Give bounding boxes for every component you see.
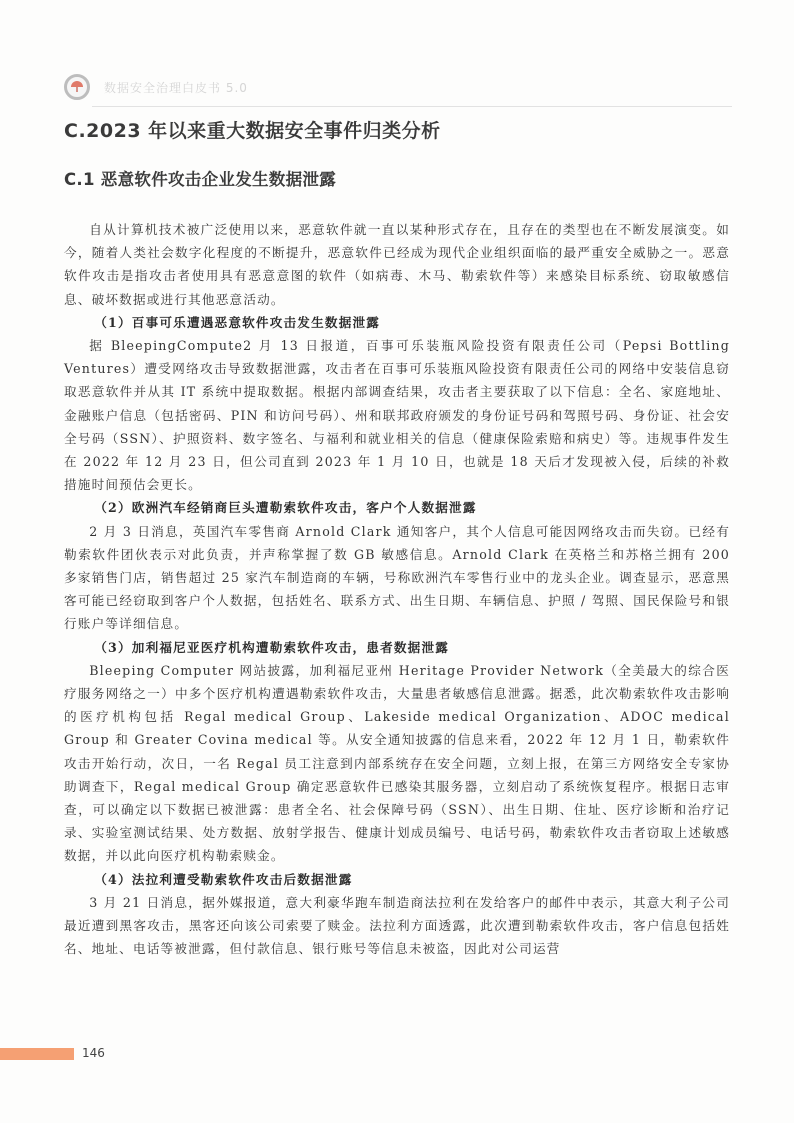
subsection-title: C.1 恶意软件攻击企业发生数据泄露 xyxy=(64,166,336,190)
case-title-arnold-clark: （2）欧洲汽车经销商巨头遭勒索软件攻击，客户个人数据泄露 xyxy=(64,496,730,519)
umbrella-shield-icon xyxy=(64,74,90,100)
body-text: 自从计算机技术被广泛使用以来，恶意软件就一直以某种形式存在，且存在的类型也在不断… xyxy=(64,218,730,961)
footer-accent-bar xyxy=(0,1048,74,1060)
case-paragraph-arnold-clark: 2 月 3 日消息，英国汽车零售商 Arnold Clark 通知客户，其个人信… xyxy=(64,520,730,636)
case-paragraph-ferrari: 3 月 21 日消息，据外媒报道，意大利豪华跑车制造商法拉利在发给客户的邮件中表… xyxy=(64,891,730,961)
header-divider xyxy=(92,106,732,107)
case-title-california-medical: （3）加利福尼亚医疗机构遭勒索软件攻击，患者数据泄露 xyxy=(64,636,730,659)
case-paragraph-pepsi: 据 BleepingCompute2 月 13 日报道，百事可乐装瓶风险投资有限… xyxy=(64,334,730,496)
case-title-pepsi: （1）百事可乐遭遇恶意软件攻击发生数据泄露 xyxy=(64,311,730,334)
case-title-ferrari: （4）法拉利遭受勒索软件攻击后数据泄露 xyxy=(64,868,730,891)
running-header: 数据安全治理白皮书 5.0 xyxy=(64,70,730,104)
page-number: 146 xyxy=(82,1046,105,1060)
case-paragraph-california-medical: Bleeping Computer 网站披露，加利福尼亚州 Heritage P… xyxy=(64,659,730,868)
header-title: 数据安全治理白皮书 5.0 xyxy=(104,79,248,96)
intro-paragraph: 自从计算机技术被广泛使用以来，恶意软件就一直以某种形式存在，且存在的类型也在不断… xyxy=(64,218,730,311)
section-title: C.2023 年以来重大数据安全事件归类分析 xyxy=(64,116,441,143)
